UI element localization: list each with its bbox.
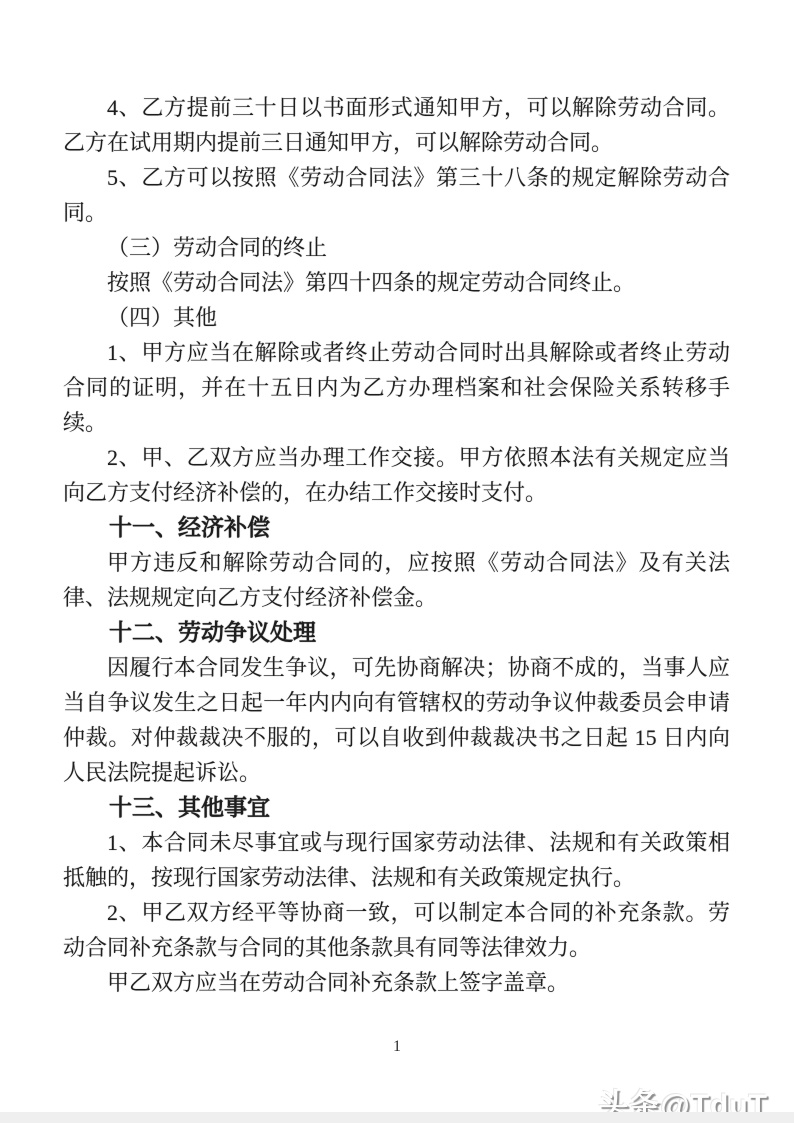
document-body: 4、乙方提前三十日以书面形式通知甲方，可以解除劳动合同。乙方在试用期内提前三日通… <box>63 90 730 1000</box>
paragraph: 因履行本合同发生争议，可先协商解决；协商不成的，当事人应当自争议发生之日起一年内… <box>63 650 730 790</box>
section-heading: 十二、劳动争议处理 <box>63 615 730 650</box>
paragraph: 按照《劳动合同法》第四十四条的规定劳动合同终止。 <box>63 265 730 300</box>
paragraph: 甲方违反和解除劳动合同的，应按照《劳动合同法》及有关法律、法规规定向乙方支付经济… <box>63 545 730 615</box>
paragraph: 1、甲方应当在解除或者终止劳动合同时出具解除或者终止劳动合同的证明，并在十五日内… <box>63 335 730 440</box>
section-heading: 十一、经济补偿 <box>63 510 730 545</box>
paragraph: 2、甲乙双方经平等协商一致，可以制定本合同的补充条款。劳动合同补充条款与合同的其… <box>63 895 730 965</box>
paragraph: 4、乙方提前三十日以书面形式通知甲方，可以解除劳动合同。乙方在试用期内提前三日通… <box>63 90 730 160</box>
section-heading: 十三、其他事宜 <box>63 790 730 825</box>
paragraph: 甲乙双方应当在劳动合同补充条款上签字盖章。 <box>63 965 730 1000</box>
paragraph: 5、乙方可以按照《劳动合同法》第三十八条的规定解除劳动合同。 <box>63 160 730 230</box>
paragraph: 1、本合同未尽事宜或与现行国家劳动法律、法规和有关政策相抵触的，按现行国家劳动法… <box>63 825 730 895</box>
page-number: 1 <box>0 1038 794 1056</box>
paragraph: （四）其他 <box>63 300 730 335</box>
paragraph: 2、甲、乙双方应当办理工作交接。甲方依照本法有关规定应当向乙方支付经济补偿的，在… <box>63 440 730 510</box>
bottom-edge-strip <box>0 1112 794 1123</box>
document-page: 4、乙方提前三十日以书面形式通知甲方，可以解除劳动合同。乙方在试用期内提前三日通… <box>0 0 794 1123</box>
paragraph: （三）劳动合同的终止 <box>63 230 730 265</box>
